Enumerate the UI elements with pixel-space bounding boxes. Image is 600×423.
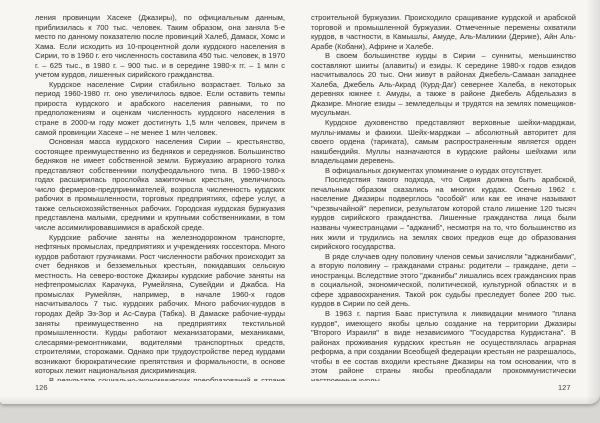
paragraph: Курдские рабочие заняты на железнодорожн… [35, 233, 285, 376]
paragraph: строительной буржуазии. Происходило сращ… [311, 13, 576, 51]
paragraph: Курдское население Сирии стабильно возра… [35, 80, 285, 137]
paragraph: В своем большинстве курды в Сирии – сунн… [311, 51, 576, 118]
paragraph: В результате социально-экономических пре… [35, 376, 285, 381]
paragraph: В ряде случаев одну половину членов семь… [311, 252, 576, 309]
paragraph: В 1963 г. партия Баас приступила к ликви… [311, 309, 576, 381]
paragraph: В официальных документах упоминание о ку… [311, 166, 576, 176]
page-edge-shadow-bottom [0, 396, 600, 404]
right-page-text: строительной буржуазии. Происходило сращ… [311, 13, 576, 381]
left-page-number: 126 [35, 383, 48, 392]
page-edge-shadow-right [586, 0, 600, 404]
paragraph: ления провинции Хасеке (Джазиры), по офи… [35, 13, 285, 80]
book-spread: ления провинции Хасеке (Джазиры), по офи… [0, 0, 600, 404]
left-page-text: ления провинции Хасеке (Джазиры), по офи… [35, 13, 285, 381]
paragraph: Курдское духовенство представляют верхов… [311, 118, 576, 166]
paragraph: Последствия такого подхода, что Сирия до… [311, 175, 576, 251]
paragraph: Основная масса курдского населения Сирии… [35, 137, 285, 232]
right-page-number: 127 [558, 383, 571, 392]
